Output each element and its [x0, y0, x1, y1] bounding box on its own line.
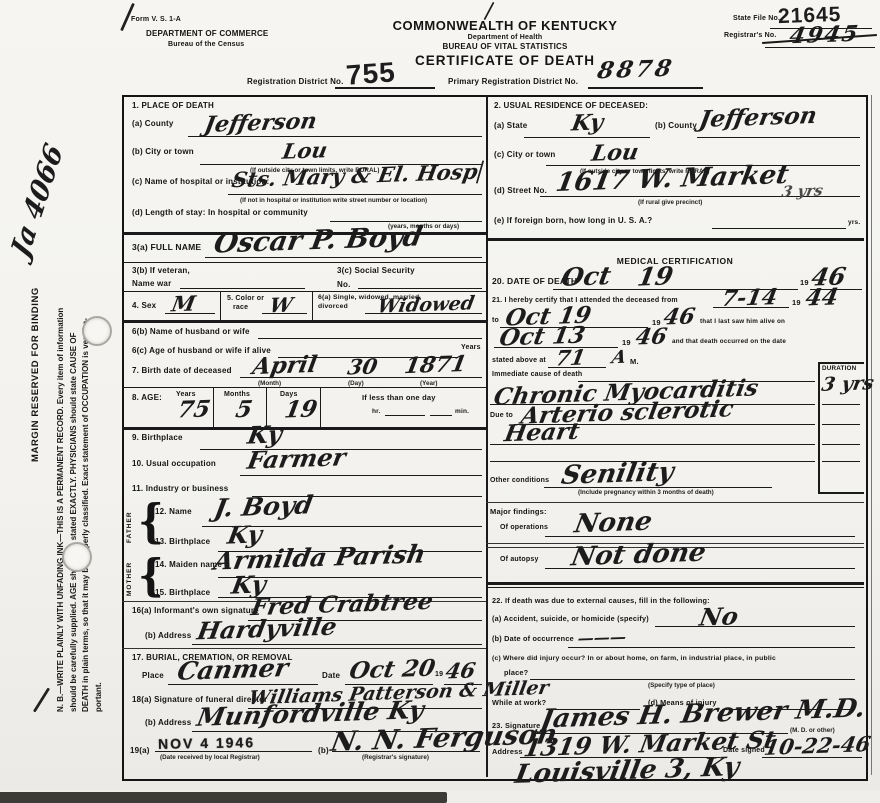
s8-min-label: min.: [455, 408, 469, 415]
s22a-label: (a) Accident, suicide, or homicide (spec…: [492, 614, 649, 623]
cause-label: Immediate cause of death: [492, 371, 582, 378]
rule: [240, 475, 482, 476]
rule: [155, 751, 312, 752]
s3b-label: 3(b) If veteran,: [132, 266, 190, 275]
age-days: 19: [282, 395, 319, 423]
date-signed-value: 10-22-46: [762, 731, 872, 760]
cell-divider: [213, 387, 214, 427]
informant-address: Hardyville: [195, 612, 339, 646]
s3a-label: 3(a) FULL NAME: [132, 242, 201, 252]
s8-less-label: If less than one day: [362, 393, 436, 402]
rule: [545, 568, 855, 569]
state-file-label: State File No.: [733, 15, 780, 22]
margin-nb-note: N. B.—WRITE PLAINLY WITH UNFADING INK—TH…: [55, 127, 105, 712]
s2a-label: (a) State: [494, 121, 527, 130]
section-divider: [486, 238, 864, 241]
s5-label: 5. Color or: [227, 295, 264, 302]
s2c-value: Lou: [590, 139, 641, 167]
rule: [188, 136, 482, 137]
s1b-value: Lou: [281, 137, 330, 164]
s3b-label2: Name war: [132, 279, 171, 288]
nb-line-2: should be carefully supplied. AGE should…: [68, 127, 81, 712]
operations-value: None: [572, 507, 654, 540]
other-conditions-sublabel: (Include pregnancy within 3 months of de…: [578, 489, 714, 496]
father-side-label: FATHER: [126, 511, 133, 543]
s6c-label: 6(c) Age of husband or wife if alive: [132, 346, 271, 355]
rule: [544, 487, 772, 488]
margin-binding-note: MARGIN RESERVED FOR BINDING: [30, 227, 41, 462]
rule: [490, 444, 815, 445]
s21-to-label: to: [492, 317, 499, 324]
s1d-label: (d) Length of stay: In hospital or commu…: [132, 208, 308, 217]
bottom-scan-strip: [0, 792, 447, 803]
s22b-value: ———: [576, 627, 628, 648]
section-divider: [486, 582, 864, 585]
rule: [871, 95, 872, 775]
cell-divider: [320, 387, 321, 427]
rule: [180, 288, 305, 289]
cell-divider: [312, 291, 313, 320]
s4-label: 4. Sex: [132, 301, 156, 310]
rule: [548, 367, 606, 368]
death-date-month: Oct: [559, 261, 613, 292]
s7-label: 7. Birth date of deceased: [132, 366, 232, 375]
s2b-value: Jefferson: [697, 102, 819, 133]
duration-box-left: [818, 362, 820, 492]
s10-label: 10. Usual occupation: [132, 459, 216, 468]
rule: [262, 313, 307, 314]
birth-day: 30: [346, 353, 380, 379]
s5-label2: race: [233, 304, 248, 311]
s3c-label: 3(c) Social Security: [337, 266, 415, 275]
s13-label: 13. Birthplace: [155, 537, 210, 546]
s22c-label: (c) Where did injury occur? In or about …: [492, 655, 776, 662]
rule: [712, 228, 846, 229]
nb-line-1: N. B.—WRITE PLAINLY WITH UNFADING INK—TH…: [55, 127, 68, 712]
s22-title: 22. If death was due to external causes,…: [492, 596, 710, 605]
s23-address-label: Address: [492, 747, 523, 756]
duration-value: 3 yrs: [820, 372, 876, 396]
s2d-sublabel: (If rural give precinct): [638, 199, 702, 206]
rule: [205, 257, 482, 258]
of-operations-label: Of operations: [500, 524, 548, 531]
burial-place: Canmer: [175, 653, 291, 686]
s1a-label: (a) County: [132, 119, 174, 128]
punch-hole-bottom: [62, 542, 92, 572]
s21-yp3: 19: [622, 338, 631, 347]
birth-year: 1871: [402, 351, 468, 379]
s19a-label: 19(a): [130, 746, 150, 755]
section-divider: [122, 320, 486, 323]
of-autopsy-label: Of autopsy: [500, 556, 539, 563]
rule: [655, 626, 855, 627]
rule: [545, 536, 855, 537]
s8-hr-label: hr.: [372, 408, 381, 415]
rule: [228, 194, 482, 195]
row-divider: [122, 262, 486, 263]
rule: [822, 461, 860, 462]
s11-label: 11. Industry or business: [132, 484, 228, 493]
s2e-unit: yrs.: [848, 219, 860, 226]
primary-district-label: Primary Registration District No.: [448, 77, 578, 86]
last-saw-year: 46: [634, 323, 669, 350]
birth-month: April: [250, 351, 319, 380]
rule: [697, 137, 860, 138]
bureau-census: Bureau of the Census: [168, 41, 244, 48]
s19b-sublabel: (Registrar's signature): [362, 754, 429, 761]
punch-hole-top: [82, 316, 112, 346]
s15-label: 15. Birthplace: [155, 588, 210, 597]
rule: [762, 757, 862, 758]
s1-title: 1. PLACE OF DEATH: [132, 101, 214, 110]
nb-line-3: DEATH in plain terms, so that it may be …: [80, 127, 93, 712]
s2d-label: (d) Street No.: [494, 186, 547, 195]
s18b-label: (b) Address: [145, 718, 191, 727]
s9-label: 9. Birthplace: [132, 433, 183, 442]
rule: [335, 87, 435, 89]
s2d-note: 3 yrs: [780, 181, 824, 200]
s7-day-sub: (Day): [348, 380, 364, 387]
other-conditions-label: Other conditions: [490, 477, 549, 484]
s16a-label: 16(a) Informant's own signature: [132, 606, 259, 615]
major-findings-label: Major findings:: [490, 507, 547, 516]
s2a-value: Ky: [570, 109, 606, 136]
rule: [240, 377, 482, 378]
s2b-label: (b) County: [655, 121, 697, 130]
death-date-day: 19: [635, 261, 675, 291]
s7-month-sub: (Month): [258, 380, 281, 387]
registrar-no-label: Registrar's No.: [724, 32, 777, 39]
rule: [165, 313, 215, 314]
s22b-label: (b) Date of occurrence: [492, 634, 574, 643]
row-divider: [122, 387, 486, 388]
section-divider: [486, 587, 864, 588]
column-divider: [486, 95, 488, 777]
burial-date: Oct 20: [347, 655, 437, 685]
duration-label: DURATION: [822, 365, 856, 372]
rule: [258, 338, 482, 339]
rule: [713, 307, 789, 308]
s22a-value: No: [697, 601, 740, 631]
s17-place-label: Place: [142, 671, 164, 680]
s17-date-label: Date: [322, 671, 340, 680]
s21-stated-label: stated above at: [492, 357, 546, 364]
rule: [822, 444, 860, 445]
s17-year-prefix: 19: [435, 671, 443, 678]
s8-label: 8. AGE:: [132, 393, 162, 402]
s22c-sublabel: (Specify type of place): [648, 682, 715, 689]
father-name: J. Boyd: [212, 490, 315, 522]
received-date-stamp: NOV 4 1946: [158, 734, 255, 752]
attended-from-year: 44: [803, 283, 840, 311]
duration-box-top: [818, 362, 864, 364]
age-years: 75: [175, 395, 212, 423]
dept-commerce: DEPARTMENT OF COMMERCE: [146, 29, 268, 38]
s6c-unit: Years: [461, 344, 481, 351]
rule: [192, 644, 482, 645]
rule: [430, 415, 452, 416]
nb-line-4: portant.: [93, 127, 106, 712]
s2e-label: (e) If foreign born, how long in U. S. A…: [494, 216, 652, 225]
primary-district-number: 8878: [595, 55, 676, 85]
s6a-label2: divorced: [318, 303, 348, 310]
s1a-value: Jefferson: [202, 108, 319, 138]
rule: [332, 751, 480, 752]
s21-mid-label: that I last saw him alive on: [700, 318, 785, 325]
commonwealth-title: COMMONWEALTH OF KENTUCKY: [370, 18, 640, 33]
cell-divider: [220, 291, 221, 320]
other-conditions-value: Senility: [559, 457, 676, 491]
s1b-label: (b) City or town: [132, 147, 194, 156]
s21-yp1: 19: [792, 298, 801, 307]
s19a-sublabel: (Date received by local Registrar): [160, 754, 260, 761]
s16b-label: (b) Address: [145, 631, 191, 640]
bureau-vital: BUREAU OF VITAL STATISTICS: [370, 42, 640, 51]
s3c-label2: No.: [337, 280, 351, 289]
rule: [524, 137, 650, 138]
rule: [568, 647, 855, 648]
s12-label: 12. Name: [155, 507, 192, 516]
mother-side-label: MOTHER: [126, 562, 133, 596]
rule: [358, 288, 482, 289]
s21-tail-label: and that death occurred on the date: [672, 338, 786, 345]
s22c-label2: place?: [504, 668, 528, 677]
duration-box-bottom: [818, 492, 864, 494]
row-divider: [122, 648, 486, 649]
rule: [765, 47, 875, 48]
s19b-label: (b): [318, 746, 329, 755]
s1c-sublabel: (If not in hospital or institution write…: [240, 197, 427, 204]
s6b-label: 6(b) Name of husband or wife: [132, 327, 250, 336]
section-divider: [122, 427, 486, 430]
s23-label: 23. Signature: [492, 721, 540, 730]
rule: [588, 87, 703, 89]
rule: [822, 424, 860, 425]
due-to-label: Due to: [490, 412, 513, 419]
rule: [385, 415, 425, 416]
due-to-value-2: Heart: [502, 418, 581, 448]
form-number: Form V. S. 1-A: [131, 16, 181, 23]
rule: [494, 347, 618, 348]
rule: [822, 404, 860, 405]
row-divider: [486, 502, 864, 503]
s2c-label: (c) City or town: [494, 150, 555, 159]
s21-m-label: M.: [630, 357, 639, 366]
s7-year-sub: (Year): [420, 380, 438, 387]
rule: [365, 313, 482, 314]
occupation-value: Farmer: [245, 442, 348, 474]
s22-work-label: While at work?: [492, 698, 546, 707]
dept-health: Department of Health: [370, 34, 640, 41]
reg-district-label: Registration District No.: [247, 77, 344, 86]
s2-title: 2. USUAL RESIDENCE OF DECEASED:: [494, 101, 648, 110]
rule: [530, 679, 855, 680]
